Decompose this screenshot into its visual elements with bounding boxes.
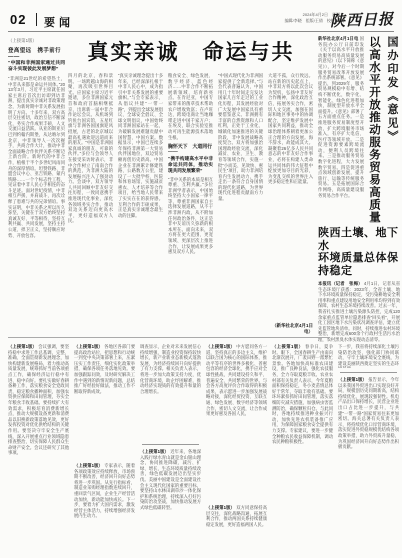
main-headline: 真实亲诚 命运与共	[68, 36, 314, 66]
main-article-col-5: 大道不孤，众行致远。站在新的历史起点上，中非双方将以此次会议为契机，弘扬中非友好…	[268, 73, 313, 339]
brief-col-6: 下一步，我省将持续深化土壤污染防治攻坚，强化部门协同联动，守牢土壤环境安全底线，…	[338, 344, 399, 552]
section-name: 要闻	[44, 14, 74, 30]
main-article-col-2: “真实亲诚理念提出十多年来，已经深深扎根于中非人民心中，成为指引中非关系发展的重…	[118, 73, 163, 339]
shaanxi-headline-line1: 陕西土壤、地下水	[318, 227, 399, 252]
left-article-subtitle: 登高望远 携手前行——	[8, 46, 65, 60]
header-divider	[36, 13, 37, 26]
inline-subhead: 胸怀天下 大道同行——	[168, 143, 213, 155]
page-number: 02	[10, 12, 26, 27]
paper-masthead: 陕西日报	[330, 8, 395, 31]
policy-vertical-kicker: 国办印发《意见》	[385, 36, 400, 186]
shaanxi-text: 4月1日，记者从省生态环境厅获悉：2023年，全省土壤、地下水环境质量保持稳定，…	[318, 281, 400, 342]
main-article-col-4: “中国式现代化为非洲国家提供了全新选择。”与会代表普遍认为，中国用几十年时间走完…	[218, 73, 263, 339]
continued-from-note: （上接第1版）	[206, 505, 235, 510]
shaanxi-headline-line2: 环境质量总体保持稳定	[318, 252, 399, 277]
policy-vertical-title: 以高水平开放推动服务贸易高质量发展	[367, 36, 382, 224]
main-article-col-1: 四月的北京，春和景明。一场跨越山海的相聚，再次吸引世界目光。应国家主席习近平邀请…	[68, 73, 113, 339]
brief-col-2: （上接第1版） 各地区各部门要提高政治站位，把思想和行动统一到党中央决策部署上来…	[74, 344, 135, 552]
main-article-col-3: 粮食安全、绿色发展、数字经济、蓝色经济……中非合作不断拓展新领域、培育新亮点。在…	[168, 73, 213, 339]
continued-from-note: （上接第1版）	[8, 38, 65, 44]
left-article-body: “非洲是21世纪的希望热土，中非从来都是命运共同体。”2013年3月，习近平主席…	[8, 76, 65, 311]
brief-col-4: （上接第1版） 中方愿同各方一道，坚持真正的多边主义，维护以联合国为核心的国际体…	[206, 344, 267, 552]
policy-article-body: 新华社北京4月1日电 国务院办公厅日前印发《关于以高水平开放推动服务贸易高质量发…	[318, 36, 364, 224]
col3-text-after: “非中关系的本质是相互尊重、互利共赢。”多位非洲学者表示，中国始终坚持大小国家一…	[168, 177, 213, 297]
brief-4b: （上接第1版） 双方同意保持高层交往，深化战略沟通，拓展互利合作，推动两国关系持…	[206, 505, 267, 549]
continued-from-note: （上接第1版）	[206, 344, 235, 349]
shaanxi-byline: 本报讯（记者 张梅）	[318, 281, 363, 286]
brief-2b: （上接第1版） 专家表示，随着各项政策效应持续释放，市场预期不断改善，经济回升向…	[74, 463, 135, 547]
brief-col-3: 调查显示，企业对未来发展信心持续增强，制造业投资保持较快增长，新产业新业态新模式…	[140, 344, 201, 552]
shaanxi-article: 陕西土壤、地下水 环境质量总体保持稳定 本报讯（记者 张梅） 4月1日，记者从省…	[318, 227, 400, 332]
continued-from-note: （上接第1版）	[74, 463, 103, 468]
col5-text: 大道不孤，众行致远。站在新的历史起点上，中非双方将以此次会议为契机，弘扬中非友好…	[268, 73, 313, 321]
continued-from-note: （上接第1版）	[74, 344, 103, 349]
continued-from-note: （上接第1版）	[8, 344, 37, 349]
col3-text-before: 粮食安全、绿色发展、数字经济、蓝色经济……中非合作不断拓展新领域、培育新亮点。在…	[168, 73, 213, 140]
header-rule	[8, 31, 394, 32]
brief-4a: （上接第1版） 中方愿同各方一道，坚持真正的多边主义，维护以联合国为核心的国际体…	[206, 344, 267, 502]
policy-text: 国务院办公厅日前印发《关于以高水平开放推动服务贸易高质量发展的意见》（以下简称《…	[318, 36, 364, 198]
column-rule	[142, 444, 199, 445]
shaanxi-headline: 陕西土壤、地下水 环境质量总体保持稳定	[318, 227, 400, 277]
brief-3a: 调查显示，企业对未来发展信心持续增强，制造业投资保持较快增长，新产业新业态新模式…	[140, 344, 201, 440]
brief-1: （上接第1版） 会议强调，要坚持稳中求进工作总基调，完整、准确、全面贯彻新发展理…	[8, 344, 69, 550]
page-header: 02 要闻 2024年4月2日 星期二 编辑/李晓 组版/王倩 校检/周敏 陕西…	[8, 11, 394, 30]
wire-signature: （新华社北京4月1日电）	[268, 323, 313, 335]
briefs-top-rule	[8, 337, 330, 338]
left-article-quote: “中国和非洲国家通过共同奋斗实现彼此发展梦想”	[8, 61, 65, 73]
brief-5: （上接第1版） 春争日，夏争时。眼下，全国春耕生产由南向北渐次展开，广袤田野一派…	[272, 344, 333, 550]
shaanxi-article-tail: 下一步，我省将持续深化土壤污染防治攻坚，强化部门协同联动，守牢土壤环境安全底线，…	[338, 344, 399, 368]
column-rule	[340, 372, 397, 373]
left-continued-article: （上接第1版） 登高望远 携手前行—— “中国和非洲国家通过共同奋斗实现彼此发展…	[8, 38, 65, 332]
newspaper-page: 02 要闻 2024年4月2日 星期二 编辑/李晓 组版/王倩 校检/周敏 陕西…	[0, 0, 402, 558]
main-article: 真实亲诚 命运与共 四月的北京，春和景明。一场跨越山海的相聚，再次吸引世界目光。…	[68, 36, 314, 332]
continued-from-note: （上接第1版）	[272, 344, 303, 349]
brief-6: （上接第1版） 报告显示，今年以来我国外贸进出口实现良好开局，规模创历史同期新高…	[338, 377, 399, 545]
continued-from-note: （上接第1版）	[338, 377, 367, 382]
brief-3b: （上接第1版） 近年来，各地深入践行绿水青山就是金山银山理念，协同推进降碳、减污…	[140, 449, 201, 549]
brief-col-1: （上接第1版） 会议强调，要坚持稳中求进工作总基调，完整、准确、全面贯彻新发展理…	[8, 344, 69, 552]
briefs-section: （上接第1版） 会议强调，要坚持稳中求进工作总基调，完整、准确、全面贯彻新发展理…	[8, 344, 400, 552]
policy-dateline: 新华社北京4月1日电	[318, 36, 358, 41]
brief-col-5: （上接第1版） 春争日，夏争时。眼下，全国春耕生产由南向北渐次展开，广袤田野一派…	[272, 344, 333, 552]
inline-subhead-quote: “携手构建高水平中非命运共同体，推动实现共同发展繁荣”	[168, 156, 213, 173]
continued-from-note: （上接第1版）	[140, 449, 169, 454]
policy-article: 新华社北京4月1日电 国务院办公厅日前印发《关于以高水平开放推动服务贸易高质量发…	[318, 36, 400, 224]
main-article-columns: 四月的北京，春和景明。一场跨越山海的相聚，再次吸引世界目光。应国家主席习近平邀请…	[68, 73, 314, 339]
brief-2a: （上接第1版） 各地区各部门要提高政治站位，把思想和行动统一到党中央决策部署上来…	[74, 344, 135, 460]
